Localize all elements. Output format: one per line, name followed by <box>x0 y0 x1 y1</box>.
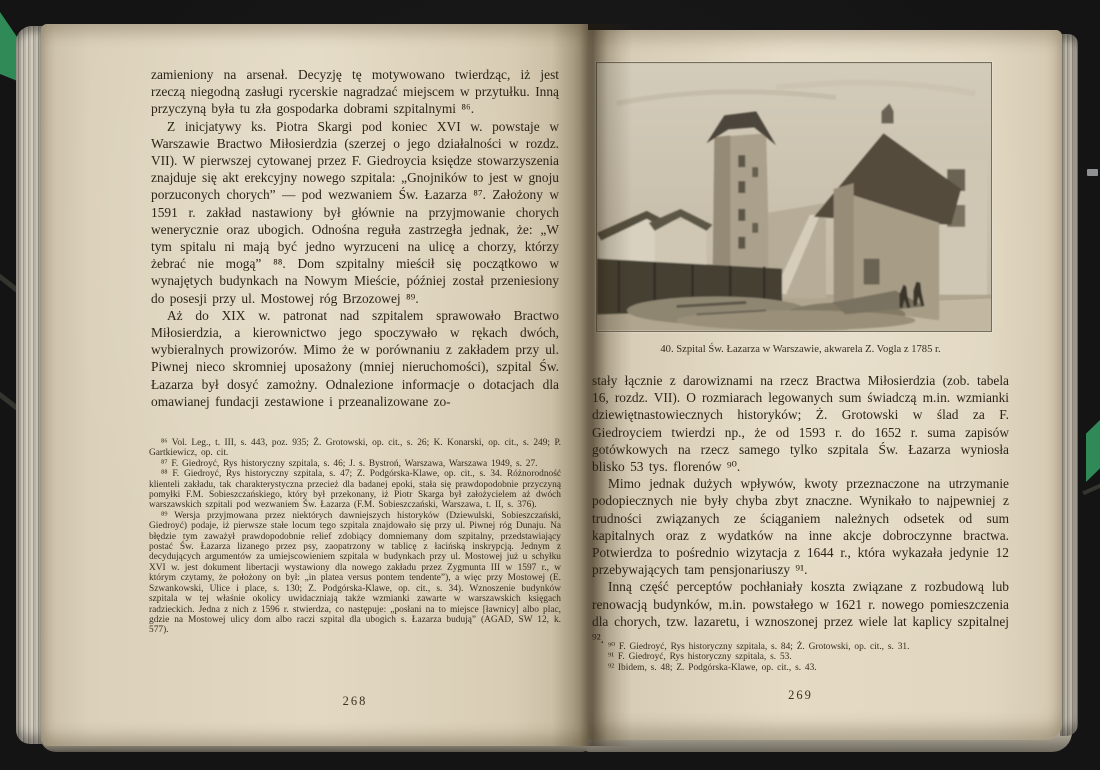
footnote-87: ⁸⁷ F. Giedroyć, Rys historyczny szpitala… <box>149 459 561 469</box>
paragraph: Mimo jednak dużych wpływów, kwoty przezn… <box>592 475 1009 578</box>
book-photo-scene: zamieniony na arsenał. Decyzję tę motywo… <box>0 0 1100 770</box>
footnote-86: ⁸⁶ Vol. Leg., t. III, s. 443, poz. 935; … <box>149 438 561 459</box>
paragraph: zamieniony na arsenał. Decyzję tę motywo… <box>151 66 559 118</box>
page-edges-right <box>1060 34 1078 736</box>
body-text-left: zamieniony na arsenał. Decyzję tę motywo… <box>151 66 559 410</box>
footnote-89: ⁸⁹ Wersja przyjmowana przez niektórych d… <box>149 511 561 636</box>
paragraph: stały łącznie z darowiznami na rzecz Bra… <box>592 372 1009 475</box>
page-268: zamieniony na arsenał. Decyzję tę motywo… <box>41 24 588 746</box>
paragraph: Inną część perceptów pochłaniały koszta … <box>592 578 1009 647</box>
cover-green-stripe-right <box>1086 420 1100 482</box>
paragraph: Z inicjatywy ks. Piotra Skargi pod konie… <box>151 118 559 307</box>
background-reflection-mark <box>1087 169 1098 176</box>
page-269: 40. Szpital Św. Łazarza w Warszawie, akw… <box>588 30 1062 740</box>
paragraph: Aż do XIX w. patronat nad szpitalem spra… <box>151 307 559 410</box>
footnote-91: ⁹¹ F. Giedroyć, Rys historyczny szpitala… <box>596 652 1008 662</box>
figure-caption: 40. Szpital Św. Łazarza w Warszawie, akw… <box>592 344 1009 355</box>
cover-edge-line <box>1082 481 1100 495</box>
footnotes-right: ⁹⁰ F. Giedroyć, Rys historyczny szpitala… <box>596 642 1008 673</box>
page-number-left: 268 <box>151 694 559 709</box>
page-edges-left <box>16 26 43 744</box>
body-text-right: stały łącznie z darowiznami na rzecz Bra… <box>592 372 1009 647</box>
footnotes-left: ⁸⁶ Vol. Leg., t. III, s. 443, poz. 935; … <box>149 438 561 636</box>
footnote-92: ⁹² Ibidem, s. 48; Z. Podgórska-Klawe, op… <box>596 663 1008 673</box>
footnote-90: ⁹⁰ F. Giedroyć, Rys historyczny szpitala… <box>596 642 1008 652</box>
hospital-engraving-illustration <box>597 63 991 331</box>
figure-engraving <box>596 62 992 332</box>
footnote-88: ⁸⁸ F. Giedroyć, Rys historyczny szpitala… <box>149 469 561 511</box>
page-number-right: 269 <box>592 688 1009 703</box>
